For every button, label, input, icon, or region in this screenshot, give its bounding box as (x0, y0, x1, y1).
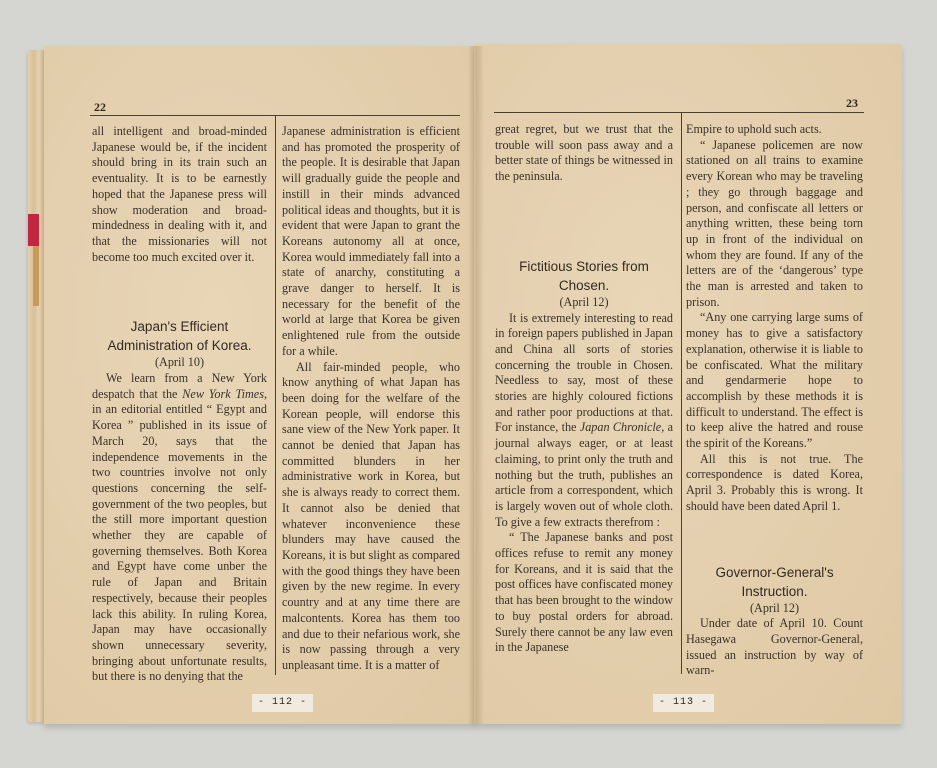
right-column-divider (681, 112, 682, 674)
newspaper-name: Japan Chronicle (580, 420, 661, 434)
right-footer-page-label: - 113 - (653, 694, 714, 712)
left-column-divider (275, 115, 276, 675)
left-footer-page-label: - 112 - (252, 694, 313, 712)
continuation-text: all intelligent and broad-minded Japanes… (92, 124, 267, 265)
continuation-text: Empire to uphold such acts. (686, 122, 863, 138)
article-paragraph: We learn from a New York despatch that t… (92, 371, 267, 685)
right-page-number: 23 (846, 96, 858, 111)
continuation-text: great regret, but we trust that the trou… (495, 122, 673, 185)
bookmark-tab (33, 246, 39, 306)
left-page-column-1: all intelligent and broad-minded Japanes… (92, 124, 267, 685)
quoted-paragraph: “ The Japanese banks and post offices re… (495, 530, 673, 656)
article-date: (April 12) (495, 295, 673, 311)
quoted-paragraph: “ Japanese policemen are now stationed o… (686, 138, 863, 311)
right-page-column-2: Empire to uphold such acts. “ Japanese p… (686, 122, 863, 679)
article-paragraph: Under date of April 10. Count Hasegawa G… (686, 616, 863, 679)
newspaper-name: New York Times (182, 387, 264, 401)
quoted-paragraph: “Any one carrying large sums of money ha… (686, 310, 863, 451)
article-paragraph: It is extremely interesting to read in f… (495, 311, 673, 531)
article-title-japans-efficient-administration: Japan's Efficient Administration of Kore… (92, 317, 267, 355)
article-paragraph: All fair-minded people, who know anythin… (282, 360, 460, 674)
article-date: (April 10) (92, 355, 267, 371)
article-title-governor-generals-instruction: Governor-General's Instruction. (686, 563, 863, 601)
right-header-rule (494, 112, 864, 113)
bookmark-ribbon (28, 214, 39, 246)
left-page-column-2: Japanese administration is efficient and… (282, 124, 460, 674)
right-page-column-1: great regret, but we trust that the trou… (495, 122, 673, 656)
article-title-fictitious-stories: Fictitious Stories from Chosen. (495, 257, 673, 295)
article-date: (April 12) (686, 601, 863, 617)
article-paragraph: All this is not true. The correspondence… (686, 452, 863, 515)
left-page-number: 22 (94, 100, 106, 115)
article-paragraph: Japanese administration is efficient and… (282, 124, 460, 360)
